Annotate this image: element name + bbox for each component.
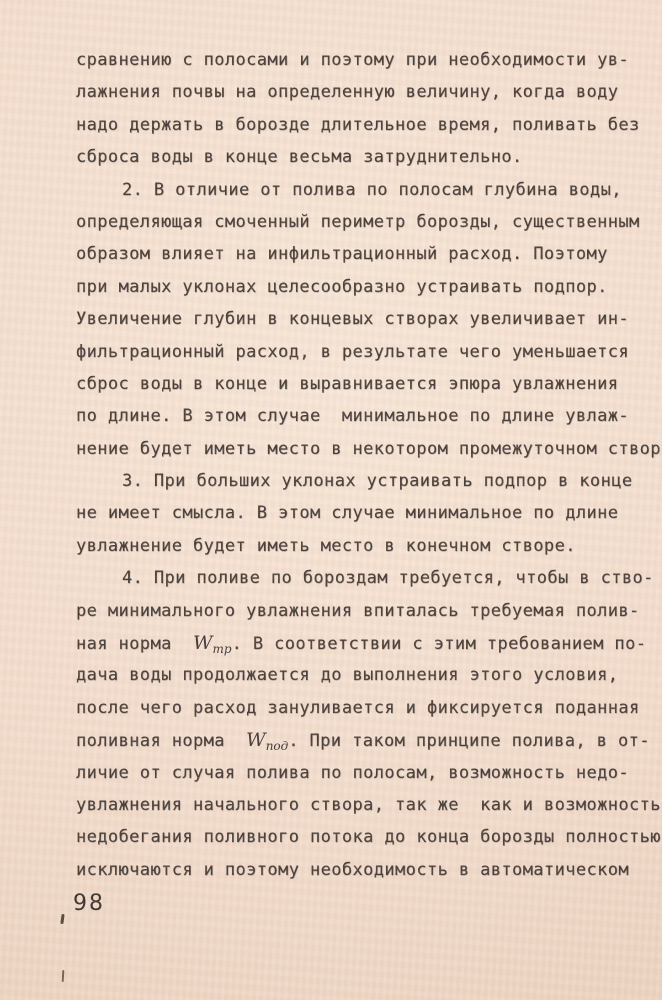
formula-w-tr: Wтр	[193, 632, 232, 654]
page-number: 98	[73, 891, 105, 916]
formula-subscript: под	[266, 739, 289, 753]
ink-speck	[60, 914, 64, 924]
text-line: личие от случая полива по полосам, возмо…	[76, 757, 651, 789]
text-line: поливная норма Wпод. При таком принципе …	[76, 724, 651, 756]
text-line: при малых уклонах целесообразно устраива…	[76, 271, 651, 303]
text-line: сравнению с полосами и поэтому при необх…	[76, 44, 651, 76]
text-line: ная норма Wтр. В соответствии с этим тре…	[76, 627, 651, 659]
text-line: фильтрационный расход, в результате чего…	[76, 336, 651, 368]
text-line: по длине. В этом случае минимальное по д…	[76, 400, 651, 432]
page-body: сравнению с полосами и поэтому при необх…	[76, 44, 651, 886]
text-line: дача воды продолжается до выполнения это…	[76, 659, 651, 691]
text-line: 4. При поливе по бороздам требуется, что…	[76, 562, 651, 594]
scanned-page: сравнению с полосами и поэтому при необх…	[0, 0, 662, 1000]
text-line: увлажнения начального створа, так же как…	[76, 789, 651, 821]
formula-subscript: тр	[213, 642, 232, 656]
text-line: образом влияет на инфильтрационный расхо…	[76, 238, 651, 270]
text-line: лажнения почвы на определенную величину,…	[76, 76, 651, 108]
text-line: нение будет иметь место в некотором пром…	[76, 433, 651, 465]
text-segment: поливная норма	[76, 731, 246, 751]
formula-w-pod: Wпод	[246, 729, 288, 751]
text-line: сброс воды в конце и выравнивается эпюра…	[76, 368, 651, 400]
text-line: после чего расход зануливается и фиксиру…	[76, 692, 651, 724]
text-line: недобегания поливного потока до конца бо…	[76, 821, 651, 853]
text-line: исключаются и поэтому необходимость в ав…	[76, 854, 651, 886]
text-segment: ная норма	[76, 634, 193, 654]
text-line: определяющая смоченный периметр борозды,…	[76, 206, 651, 238]
text-line: 2. В отличие от полива по полосам глубин…	[76, 174, 651, 206]
text-line: увлажнение будет иметь место в конечном …	[76, 530, 651, 562]
text-segment: . В соответствии с этим требованием по-	[232, 634, 647, 654]
formula-base: W	[246, 729, 266, 751]
text-segment: . При таком принципе полива, в от-	[288, 731, 650, 751]
ink-speck	[62, 970, 65, 982]
text-line: надо держать в борозде длительное время,…	[76, 109, 651, 141]
text-line: не имеет смысла. В этом случае минимальн…	[76, 497, 651, 529]
text-line: 3. При больших уклонах устраивать подпор…	[76, 465, 651, 497]
text-line: Увеличение глубин в концевых створах уве…	[76, 303, 651, 335]
formula-base: W	[193, 632, 213, 654]
text-line: сброса воды в конце весьма затруднительн…	[76, 141, 651, 173]
text-line: ре минимального увлажнения впиталась тре…	[76, 595, 651, 627]
